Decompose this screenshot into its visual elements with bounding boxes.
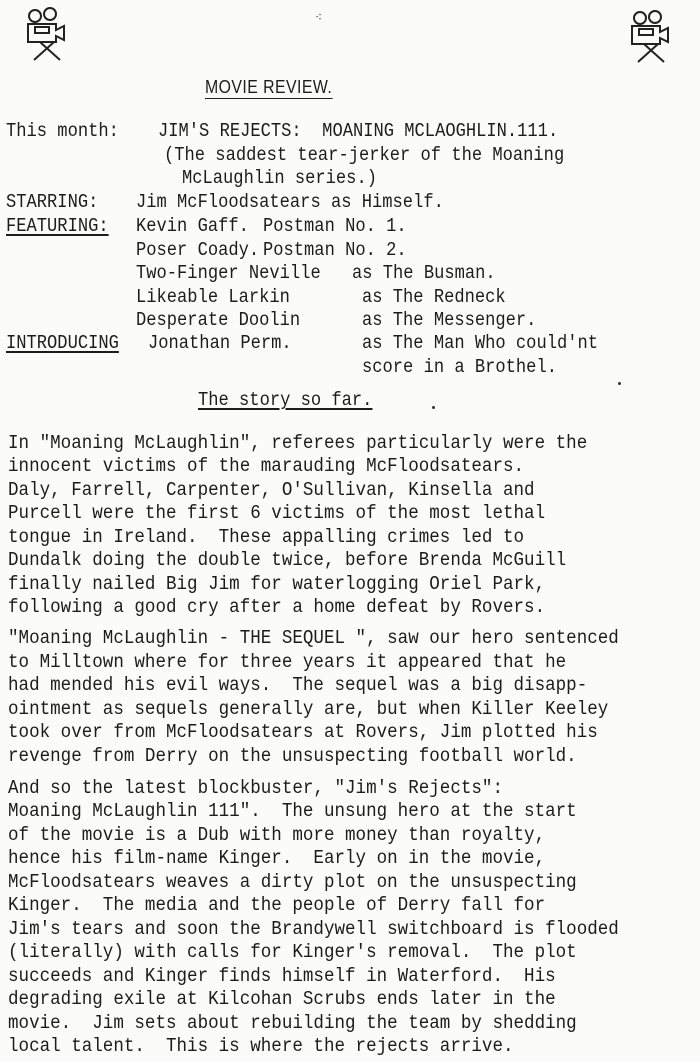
featured-actor: Poser Coady. <box>136 239 259 262</box>
paragraph-line: took over from McFloodsatears at Rovers,… <box>8 721 598 744</box>
movie-camera-icon <box>628 8 674 64</box>
paragraph-line: to Milltown where for three years it app… <box>8 651 566 674</box>
paragraph-line: Kinger. The media and the people of Derr… <box>8 894 545 917</box>
paragraph-line: finally nailed Big Jim for waterlogging … <box>8 573 545 596</box>
section-heading: The story so far. <box>198 389 372 412</box>
paragraph-line: And so the latest blockbuster, "Jim's Re… <box>8 777 503 800</box>
paragraph-line: Purcell were the first 6 victims of the … <box>8 502 545 525</box>
paragraph-line: tongue in Ireland. These appalling crime… <box>8 526 524 549</box>
paragraph-line: succeeds and Kinger finds himself in Wat… <box>8 965 556 988</box>
print-speck <box>432 406 435 409</box>
paragraph-line: movie. Jim sets about rebuilding the tea… <box>8 1012 577 1035</box>
starring-value: Jim McFloodsatears as Himself. <box>136 191 444 214</box>
document-page: ⁖ MOVIE REVIEW. This month: JIM'S REJECT… <box>0 0 700 1062</box>
paragraph-line: "Moaning McLaughlin - THE SEQUEL ", saw … <box>8 627 619 650</box>
paragraph-line: of the movie is a Dub with more money th… <box>8 824 545 847</box>
featured-actor: Two-Finger Neville <box>136 262 321 285</box>
paragraph-line: Moaning McLaughlin 111". The unsung hero… <box>8 800 577 823</box>
featured-role: as The Redneck <box>362 286 506 309</box>
this-month-label: This month: <box>6 120 119 143</box>
this-month-title: JIM'S REJECTS: MOANING MCLAOGHLIN.111. <box>158 120 558 143</box>
page-title: MOVIE REVIEW. <box>205 76 332 99</box>
featured-actor: Kevin Gaff. <box>136 215 249 238</box>
subtitle-line-1: (The saddest tear-jerker of the Moaning <box>164 144 564 167</box>
featured-role: as The Busman. <box>352 262 496 285</box>
paragraph-line: following a good cry after a home defeat… <box>8 596 545 619</box>
paragraph-line: had mended his evil ways. The sequel was… <box>8 674 587 697</box>
paragraph-line: Dundalk doing the double twice, before B… <box>8 549 566 572</box>
introducing-label: INTRODUCING <box>6 332 119 355</box>
paragraph-line: local talent. This is where the rejects … <box>8 1035 514 1058</box>
paragraph-line: (literally) with calls for Kinger's remo… <box>8 941 577 964</box>
paragraph-line: Jim's tears and soon the Brandywell swit… <box>8 918 619 941</box>
featured-actor: Likeable Larkin <box>136 286 290 309</box>
paragraph-line: ointment as sequels generally are, but w… <box>8 698 608 721</box>
introducing-role-line-1: as The Man Who could'nt <box>362 332 598 355</box>
paragraph-line: revenge from Derry on the unsuspecting f… <box>8 745 577 768</box>
featured-role: as The Messenger. <box>362 309 536 332</box>
print-speck <box>618 382 621 385</box>
paragraph-line: McFloodsatears weaves a dirty plot on th… <box>8 871 577 894</box>
introducing-role-line-2: score in a Brothel. <box>362 356 557 379</box>
paragraph-line: degrading exile at Kilcohan Scrubs ends … <box>8 988 556 1011</box>
introducing-actor: Jonathan Perm. <box>148 332 292 355</box>
subtitle-line-2: McLaughlin series.) <box>182 167 377 190</box>
paragraph-line: In "Moaning McLaughlin", referees partic… <box>8 432 587 455</box>
featured-actor: Desperate Doolin <box>136 309 300 332</box>
paragraph-line: hence his film-name Kinger. Early on in … <box>8 847 545 870</box>
featuring-label: FEATURING: <box>6 215 109 238</box>
paragraph-line: innocent victims of the marauding McFloo… <box>8 455 524 478</box>
featured-role: Postman No. 1. <box>263 215 407 238</box>
movie-camera-icon <box>24 6 70 62</box>
starring-label: STARRING: <box>6 191 98 214</box>
paragraph-line: Daly, Farrell, Carpenter, O'Sullivan, Ki… <box>8 479 535 502</box>
print-speck: ⁖ <box>315 10 322 25</box>
featured-role: Postman No. 2. <box>263 239 407 262</box>
